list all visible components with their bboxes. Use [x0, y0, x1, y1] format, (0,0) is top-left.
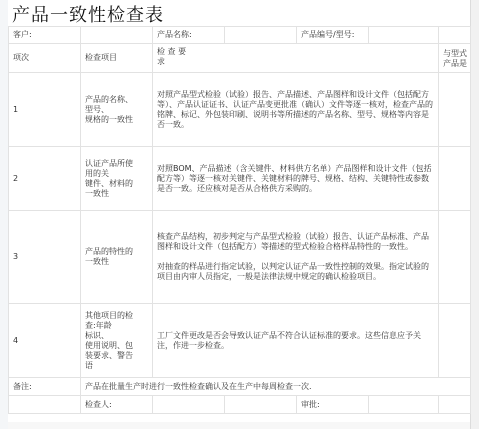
col-header-item-no: 项次	[9, 44, 81, 73]
col-header-conformity: 与型式 产品是	[439, 44, 471, 73]
row-number: 2	[9, 147, 81, 211]
col-header-requirement: 检 查 要 求	[153, 44, 439, 73]
remarks-row: 备注: 产品在批量生产时进行一致性检查确认及在生产中每周检查一次.	[9, 378, 471, 396]
row-number: 1	[9, 73, 81, 147]
table-row: 1 产品的名称、 型号、 规格的一致性 对照产品型式检验（试验）报告、产品描述、…	[9, 73, 471, 147]
approver-label: 审批:	[297, 396, 369, 414]
product-model-value[interactable]	[369, 27, 439, 44]
remarks-label: 备注:	[9, 378, 81, 396]
column-header-row: 项次 检查项目 检 查 要 求 与型式 产品是	[9, 44, 471, 73]
inspector-label: 检查人:	[81, 396, 153, 414]
check-item: 认证产品所使 用的关 键件、材料的 一致性	[81, 147, 153, 211]
product-name-value[interactable]	[225, 27, 297, 44]
vertical-scrollbar[interactable]	[470, 0, 479, 429]
conformity-cell[interactable]	[439, 304, 471, 378]
conformity-cell[interactable]	[439, 73, 471, 147]
table-row: 4 其他项目的检 查:年龄 标识、 使用说明、包 装要求、警告 语 工厂文件更改…	[9, 304, 471, 378]
consistency-check-table: 客户: 产品名称: 产品编号/型号: 项次 检查项目 检 查 要 求 与型式 产…	[8, 26, 471, 414]
check-item: 产品的名称、 型号、 规格的一致性	[81, 73, 153, 147]
conformity-cell[interactable]	[439, 147, 471, 211]
table-row: 2 认证产品所使 用的关 键件、材料的 一致性 对照BOM、产品描述（含关键件、…	[9, 147, 471, 211]
check-item: 其他项目的检 查:年龄 标识、 使用说明、包 装要求、警告 语	[81, 304, 153, 378]
remarks-text: 产品在批量生产时进行一致性检查确认及在生产中每周检查一次.	[81, 378, 471, 396]
requirement-text: 对照产品型式检验（试验）报告、产品描述、产品图样和设计文件（包括配方等）、产品认…	[153, 73, 439, 147]
table-row: 3 产品的特性的 一致性 核查产品结构，初步判定与产品型式检验（试验）报告、认证…	[9, 211, 471, 304]
requirement-text: 对照BOM、产品描述（含关键件、材料供方名单）产品图样和设计文件（包括配方等）等…	[153, 147, 439, 211]
customer-value[interactable]	[81, 27, 153, 44]
product-name-label: 产品名称:	[153, 27, 225, 44]
requirement-text: 工厂文件更改是否会导致认证产品不符合认证标准的要求。这些信息应予关注，作进一步检…	[153, 304, 439, 378]
col-header-check-item: 检查项目	[81, 44, 153, 73]
product-model-label: 产品编号/型号:	[297, 27, 369, 44]
left-gutter	[0, 0, 8, 429]
bottom-margin	[8, 422, 470, 429]
header-info-row: 客户: 产品名称: 产品编号/型号:	[9, 27, 471, 44]
signoff-empty-cell	[9, 396, 81, 414]
approver-value-extra[interactable]	[439, 396, 471, 414]
header-extra-cell[interactable]	[439, 27, 471, 44]
document-title: 产品一致性检查表	[12, 1, 164, 27]
requirement-text: 核查产品结构，初步判定与产品型式检验（试验）报告、认证产品标准、产品图样和设计文…	[153, 211, 439, 304]
check-item: 产品的特性的 一致性	[81, 211, 153, 304]
inspector-value[interactable]	[153, 396, 225, 414]
spreadsheet-page: 产品一致性检查表 客户: 产品名称: 产品编号/型号: 项次 检查项目 检 查 …	[0, 0, 479, 429]
signoff-row: 检查人: 审批:	[9, 396, 471, 414]
approver-value[interactable]	[369, 396, 439, 414]
customer-label: 客户:	[9, 27, 81, 44]
row-number: 3	[9, 211, 81, 304]
row-number: 4	[9, 304, 81, 378]
conformity-cell[interactable]	[439, 211, 471, 304]
inspector-value-extra[interactable]	[225, 396, 297, 414]
